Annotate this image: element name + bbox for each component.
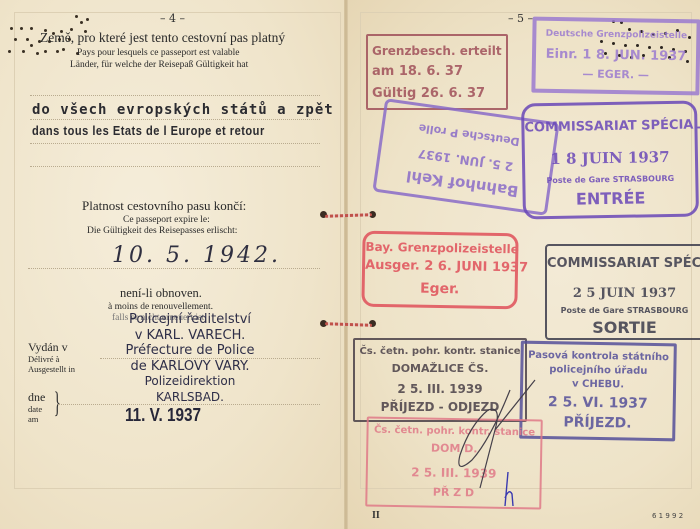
stamp-text: Pasová kontrola státního (524, 350, 674, 364)
authority-line: Préfecture de Police (85, 343, 295, 358)
stamp-bay-grenzpolizei: Bay. GrenzpolizeistelleAusger. 2 6. JUNI… (361, 231, 518, 310)
validity-label-fr: Ce passeport expire le: (123, 215, 210, 225)
stamp-text: — EGER. — (536, 67, 696, 83)
stamp-cheb-pasova-kontrola: Pasová kontrola státníhopolicejního úřad… (519, 341, 677, 442)
issued-label-fr: Délivré à (28, 354, 59, 364)
stamp-deutsche-grenzpolizei-eger: Deutsche GrenzpolizeistelleEinr. 1 8. JU… (531, 17, 700, 96)
stamp-text: Grenzbesch. erteilt (368, 44, 506, 58)
stamp-text: 1 8 JUIN 1937 (525, 148, 695, 169)
validity-label-cs: Platnost cestovního pasu končí: (82, 198, 246, 214)
date-label-de: am (28, 414, 38, 424)
stamp-text: Einr. 1 8. JUN. 1937 (536, 47, 696, 65)
renewal-fr: à moins de renouvellement. (108, 302, 213, 312)
countries-value-cs: do všech evropských států a zpět (32, 102, 334, 118)
renewal-cs: není-li obnoven. (120, 286, 202, 301)
stamp-text: Poste de Gare STRASBOURG (547, 306, 700, 315)
signature-scribble (440, 370, 540, 500)
stamp-text: v CHEBU. (523, 378, 673, 392)
stamp-commissariat-entree: COMMISSARIAT SPÉCIAL1 8 JUIN 1937Poste d… (521, 100, 699, 219)
stamp-text: Poste de Gare STRASBOURG (525, 174, 695, 186)
issued-label-de: Ausgestellt in (28, 364, 75, 374)
countries-value-fr: dans tous les Etats de l Europe et retou… (32, 123, 265, 138)
date-label-cs: dne (28, 390, 45, 405)
authority-line: v KARL. VARECH. (85, 328, 295, 343)
page-number-left: – 4 – (160, 12, 185, 25)
stamp-commissariat-sortie: COMMISSARIAT SPÉCIAL2 5 JUIN 1937Poste d… (545, 244, 700, 340)
issue-date: 11. V. 1937 (125, 405, 201, 426)
signature-initial (500, 470, 520, 510)
stamp-text: Čs. četn. pohr. kontr. stanice (355, 346, 525, 357)
stamp-text: COMMISSARIAT SPÉCIAL (547, 256, 700, 271)
stamp-text: Deutsche Grenzpolizeistelle (536, 29, 696, 42)
stamp-text: PŘÍJEZD. (522, 414, 672, 433)
validity-value: 10. 5. 1942. (112, 243, 281, 268)
stamp-text: ENTRÉE (526, 188, 696, 210)
countries-label-fr: Pays pour lesquels ce passeport est vala… (77, 48, 240, 58)
stamp-text: COMMISSARIAT SPÉCIAL (524, 118, 694, 136)
countries-label-cs: Země, pro které jest tento cestovní pas … (40, 30, 285, 46)
stamp-text: 2 5. VI. 1937 (523, 394, 673, 413)
authority-line: KARLSBAD. (85, 390, 295, 404)
footer-page-mark: II (372, 510, 380, 521)
brace: } (54, 386, 61, 420)
stamp-text: 2 5 JUIN 1937 (547, 286, 700, 301)
countries-label-de: Länder, für welche der Reisepaß Gültigke… (70, 60, 248, 70)
passport-spine (344, 0, 348, 529)
serial-number: 6 1 9 9 2 (652, 512, 683, 520)
page-number-right: – 5 – (508, 12, 533, 25)
stamp-text: policejního úřadu (523, 364, 673, 378)
stamp-text: Bay. Grenzpolizeistelle (365, 240, 515, 257)
validity-label-de: Die Gültigkeit des Reisepasses erlischt: (87, 226, 237, 236)
stamp-text: SORTIE (547, 318, 700, 337)
date-label-fr: date (28, 404, 42, 414)
authority-line: Polizeidirektion (85, 374, 295, 388)
stamp-text: am 18. 6. 37 (368, 64, 506, 79)
authority-line: de KARLOVY VARY. (85, 359, 295, 374)
authority-line: Policejní ředitelství (85, 312, 295, 327)
stamp-text: Ausger. 2 6. JUNI 1937 (365, 258, 515, 276)
stamp-text: Eger. (365, 280, 515, 299)
issued-label-cs: Vydán v (28, 340, 68, 355)
